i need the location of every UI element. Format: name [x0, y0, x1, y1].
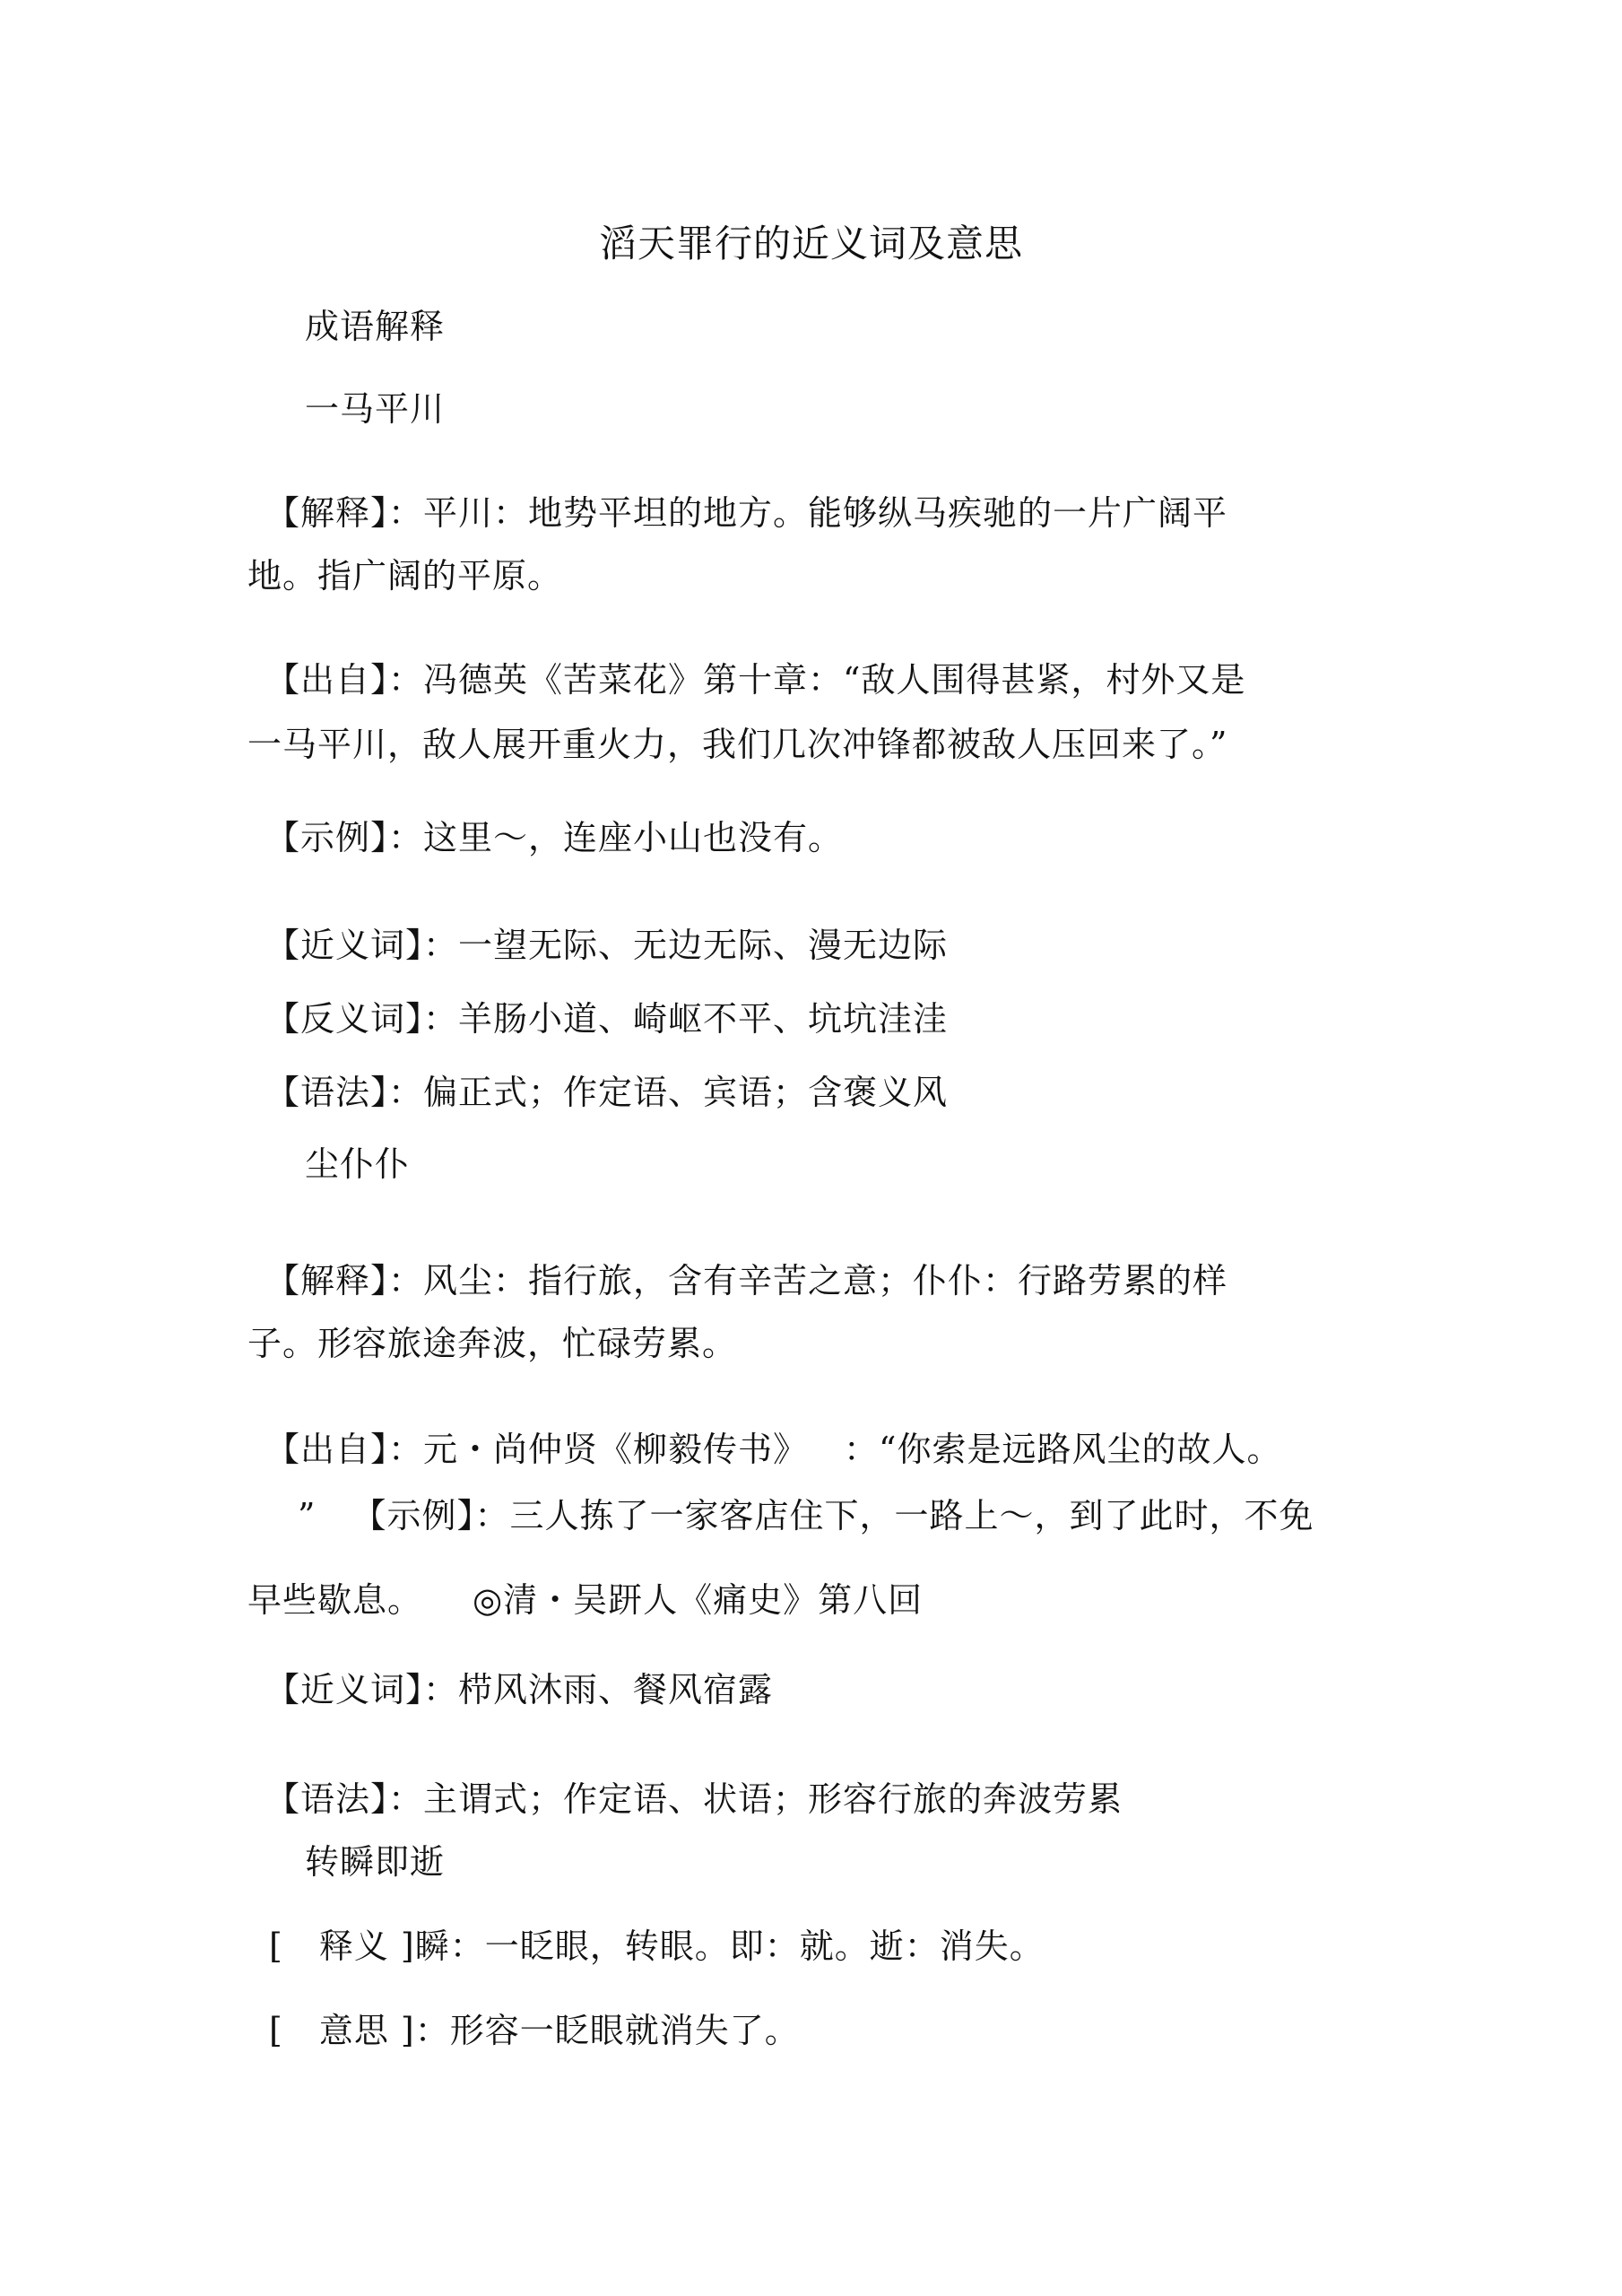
definition-text: [释义 ]瞬：一眨眼，转眼。即：就。逝：消失。: [269, 1925, 1045, 1968]
definition-label: 释义 ]: [319, 1926, 415, 1966]
idiom-heading: 转瞬即逝: [305, 1840, 445, 1883]
example-citation: ◎清・吴趼人《痛史》第八回: [473, 1580, 923, 1620]
example-text-cont: 早些歇息。◎清・吴趼人《痛史》第八回: [247, 1578, 923, 1622]
source-text-quote: ：“你索是远路风尘的故人。: [844, 1430, 1281, 1469]
example-text-end: 早些歇息。: [247, 1580, 422, 1620]
synonyms-text: 【近义词】：栉风沐雨、餐风宿露: [265, 1668, 773, 1711]
example-text: ”【示例】：三人拣了一家客店住下，一路上～，到了此时，不免: [298, 1494, 1314, 1537]
page-title: 滔天罪行的近义词及意思: [0, 221, 1622, 267]
explanation-text: 【解释】：平川：地势平坦的地方。能够纵马疾驰的一片广阔平: [265, 491, 1227, 535]
grammar-text-main: 【语法】：偏正式；作定语、宾语；含褒义: [265, 1073, 913, 1112]
meaning-bracket-open: [: [269, 2011, 283, 2050]
synonyms-text: 【近义词】：一望无际、无边无际、漫无边际: [265, 924, 948, 967]
explanation-text-cont: 子。形容旅途奔波，忙碌劳累。: [247, 1322, 737, 1365]
closing-quote: ”: [298, 1496, 316, 1535]
explanation-text: 【解释】：风尘：指行旅，含有辛苦之意；仆仆：行路劳累的样: [265, 1259, 1227, 1302]
idiom-heading: 一马平川: [305, 387, 445, 430]
meaning-text: [意思 ]：形容一眨眼就消失了。: [269, 2009, 800, 2052]
document-page: 滔天罪行的近义词及意思 成语解释 一马平川 【解释】：平川：地势平坦的地方。能够…: [0, 0, 1622, 2296]
antonyms-text: 【反义词】：羊肠小道、崎岖不平、坑坑洼洼: [265, 997, 948, 1040]
meaning-body: ：形容一眨眼就消失了。: [415, 2011, 800, 2050]
idiom-heading: 尘仆仆: [305, 1143, 410, 1186]
example-text: 【示例】：这里～，连座小山也没有。: [265, 816, 843, 859]
definition-bracket-open: [: [269, 1926, 283, 1966]
source-text: 【出自】：冯德英《苦菜花》第十章：“敌人围得甚紧，村外又是: [265, 658, 1245, 701]
source-text: 【出自】：元・尚仲贤《柳毅传书》：“你索是远路风尘的故人。: [265, 1428, 1281, 1471]
example-text-main: 【示例】：三人拣了一家客店住下，一路上～，到了此时，不免: [351, 1496, 1314, 1535]
definition-body: 瞬：一眨眼，转眼。即：就。逝：消失。: [415, 1926, 1045, 1966]
source-text-cont: 一马平川，敌人展开重火力，我们几次冲锋都被敌人压回来了。”: [247, 723, 1227, 766]
section-heading: 成语解释: [305, 305, 445, 348]
meaning-label: 意思 ]: [319, 2011, 415, 2050]
explanation-text-cont: 地。指广阔的平原。: [247, 554, 562, 597]
idiom-heading-prefix: 风: [913, 1073, 948, 1112]
grammar-text: 【语法】：偏正式；作定语、宾语；含褒义风: [265, 1071, 948, 1114]
source-text-main: 【出自】：元・尚仲贤《柳毅传书》: [265, 1430, 808, 1469]
grammar-text: 【语法】：主谓式；作定语、状语；形容行旅的奔波劳累: [265, 1778, 1123, 1821]
